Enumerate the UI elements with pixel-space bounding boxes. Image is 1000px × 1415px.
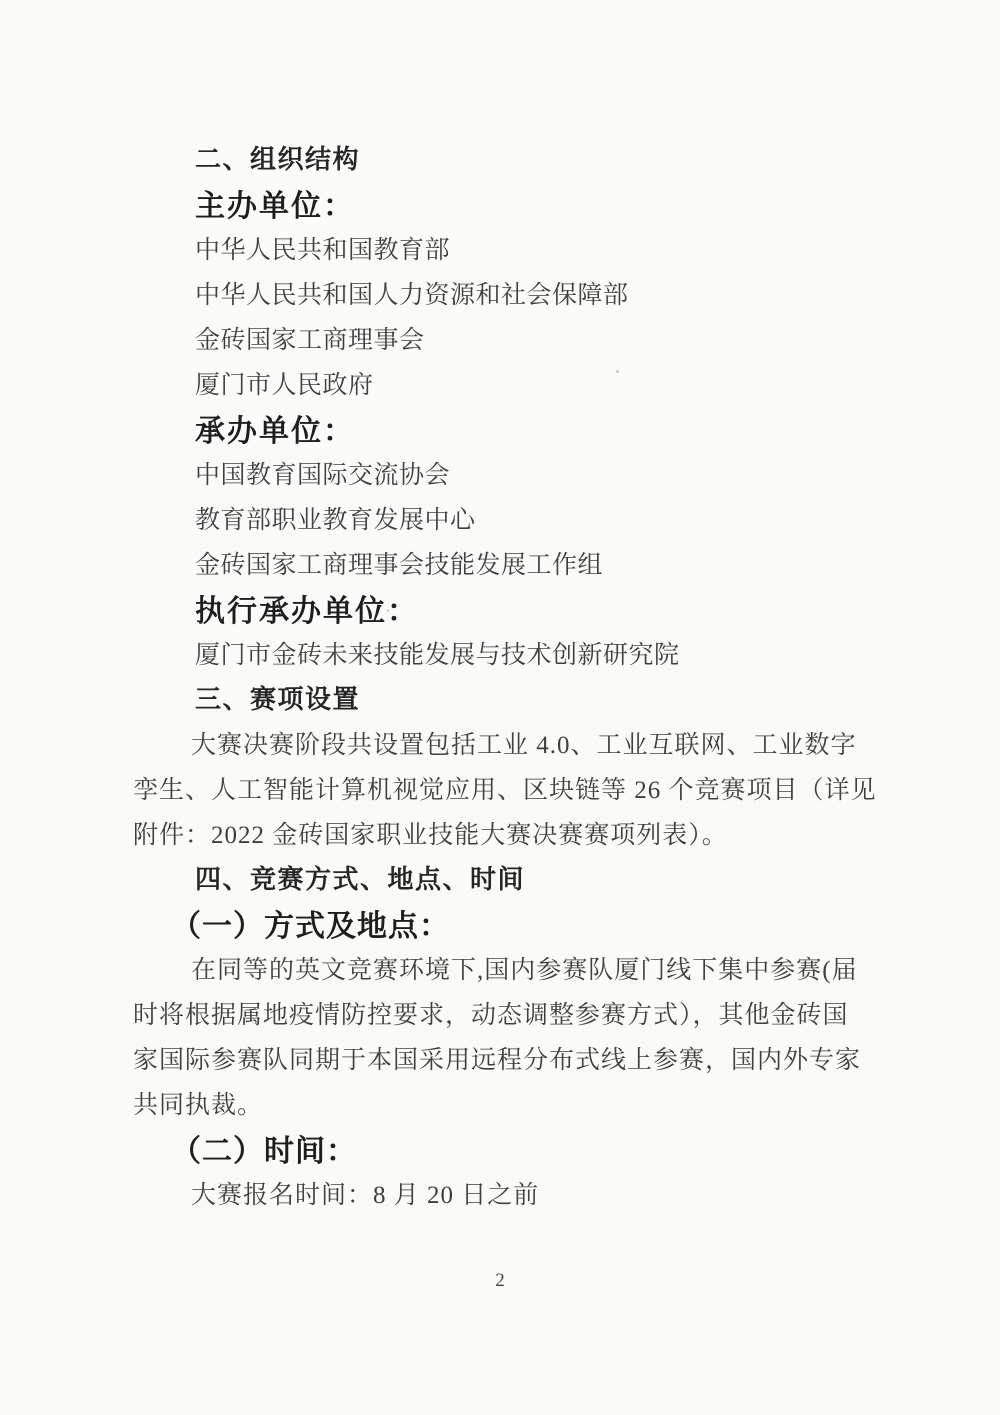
page-number: 2 bbox=[0, 1270, 1000, 1292]
scan-speck bbox=[387, 609, 389, 612]
section-heading: 二、组织结构 bbox=[195, 135, 870, 180]
paragraph-line: 在同等的英文竞赛环境下,国内参赛队厦门线下集中参赛(届 bbox=[191, 945, 870, 990]
paragraph-line: 家国际参赛队同期于本国采用远程分布式线上参赛，国内外专家 bbox=[133, 1035, 870, 1080]
org-list-line: 中华人民共和国教育部 bbox=[195, 225, 870, 270]
org-list-line: 中国教育国际交流协会 bbox=[195, 450, 870, 495]
document-page: 二、组织结构主办单位：中华人民共和国教育部中华人民共和国人力资源和社会保障部金砖… bbox=[0, 0, 1000, 1415]
section-heading: 四、竞赛方式、地点、时间 bbox=[195, 855, 870, 900]
sub-heading: （二）时间： bbox=[171, 1125, 870, 1170]
section-heading: 三、赛项设置 bbox=[195, 675, 870, 720]
org-list-line: 中华人民共和国人力资源和社会保障部 bbox=[195, 270, 870, 315]
sub-heading: 承办单位： bbox=[195, 405, 870, 450]
sub-heading: 主办单位： bbox=[195, 180, 870, 225]
document-body: 二、组织结构主办单位：中华人民共和国教育部中华人民共和国人力资源和社会保障部金砖… bbox=[133, 135, 870, 1215]
paragraph-line: 大赛决赛阶段共设置包括工业 4.0、工业互联网、工业数字 bbox=[191, 720, 870, 765]
org-list-line: 厦门市人民政府 bbox=[195, 360, 870, 405]
paragraph-line: 共同执裁。 bbox=[133, 1080, 870, 1125]
paragraph-line: 大赛报名时间：8 月 20 日之前 bbox=[191, 1170, 870, 1215]
paragraph-line: 时将根据属地疫情防控要求，动态调整参赛方式），其他金砖国 bbox=[133, 990, 870, 1035]
paragraph-line: 孪生、人工智能计算机视觉应用、区块链等 26 个竞赛项目（详见 bbox=[133, 765, 870, 810]
org-list-line: 金砖国家工商理事会 bbox=[195, 315, 870, 360]
sub-heading: （一）方式及地点： bbox=[171, 900, 870, 945]
paragraph-line: 附件：2022 金砖国家职业技能大赛决赛赛项列表）。 bbox=[133, 810, 870, 855]
org-list-line: 金砖国家工商理事会技能发展工作组 bbox=[195, 540, 870, 585]
org-list-line: 厦门市金砖未来技能发展与技术创新研究院 bbox=[195, 630, 870, 675]
org-list-line: 教育部职业教育发展中心 bbox=[195, 495, 870, 540]
scan-speck bbox=[616, 370, 619, 373]
sub-heading: 执行承办单位： bbox=[195, 585, 870, 630]
